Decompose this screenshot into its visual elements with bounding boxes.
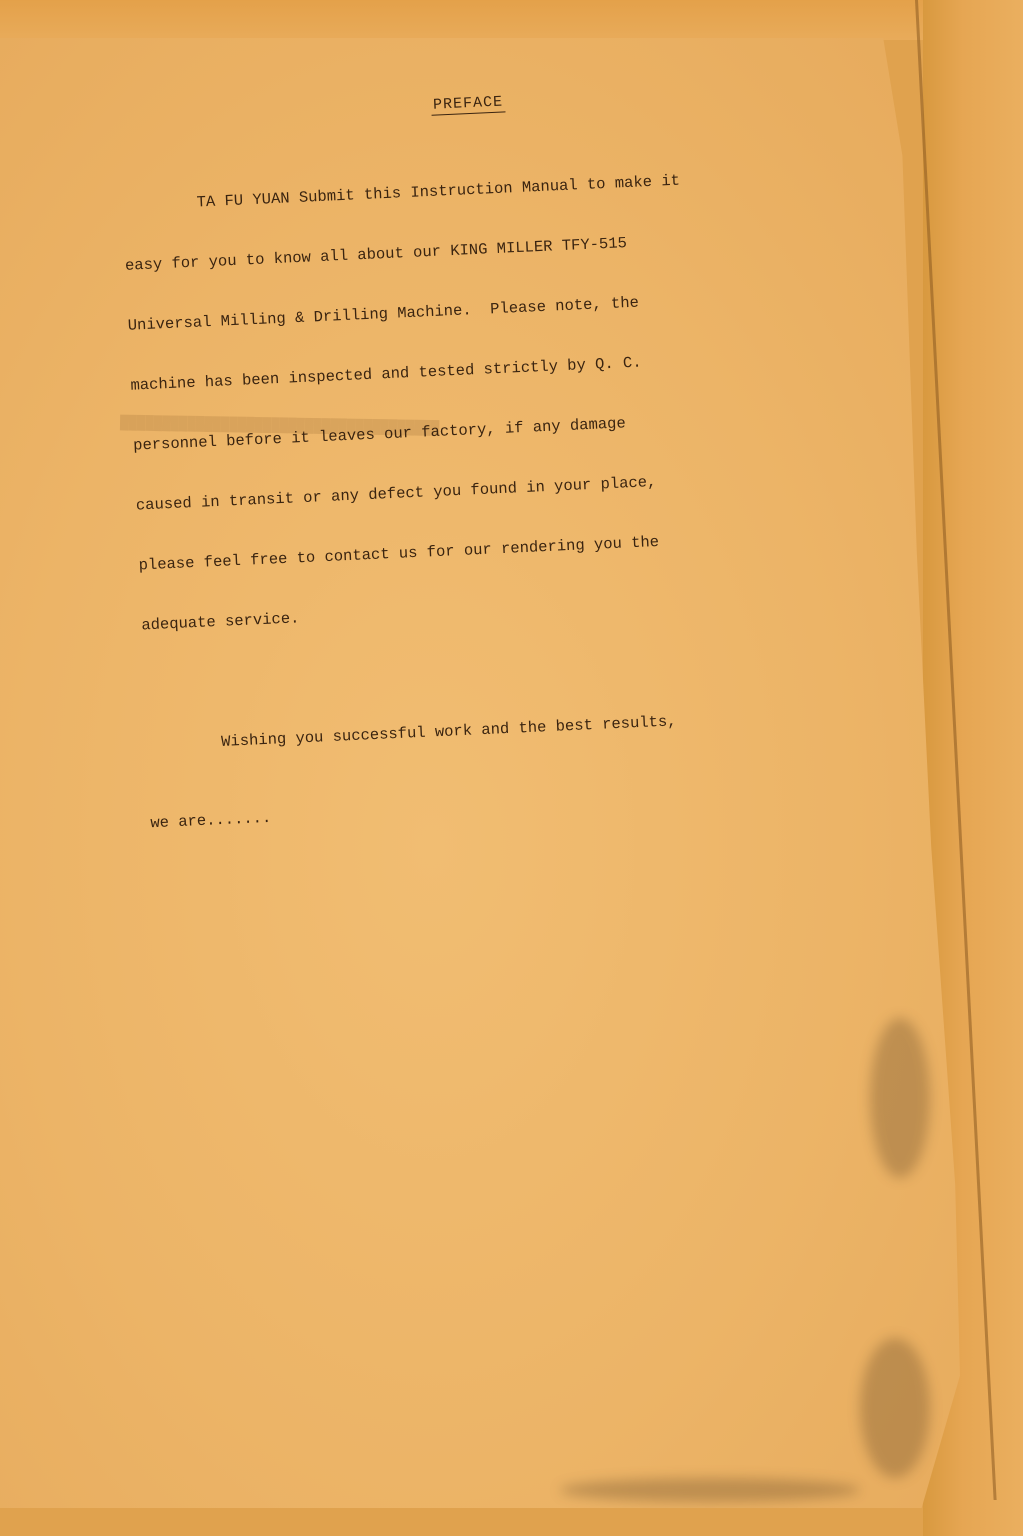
preface-paragraph: TA FU YUAN Submit this Instruction Manua… bbox=[120, 123, 863, 675]
dirt-smudge bbox=[870, 1018, 930, 1178]
closing-paragraph: Wishing you successful work and the best… bbox=[145, 663, 872, 873]
paragraph-line: Universal Milling & Drilling Machine. Pl… bbox=[127, 283, 847, 336]
signoff: we are....... bbox=[150, 781, 870, 834]
paragraph-line: easy for you to know all about our KING … bbox=[125, 223, 845, 276]
paragraph-line: personnel before it leaves our factory, … bbox=[133, 403, 853, 456]
dirt-smudge bbox=[560, 1478, 860, 1502]
closing-line: Wishing you successful work and the best… bbox=[146, 703, 866, 756]
paragraph-line: TA FU YUAN Submit this Instruction Manua… bbox=[122, 163, 842, 216]
desk-background-top bbox=[0, 0, 1023, 40]
dirt-smudge bbox=[860, 1338, 930, 1478]
paragraph-line: please feel free to contact us for our r… bbox=[138, 523, 858, 576]
paragraph-line: caused in transit or any defect you foun… bbox=[136, 463, 856, 516]
paragraph-line: adequate service. bbox=[141, 583, 861, 636]
preface-text: PREFACE TA FU YUAN Submit this Instructi… bbox=[118, 77, 872, 873]
paragraph-line: machine has been inspected and tested st… bbox=[130, 343, 850, 396]
